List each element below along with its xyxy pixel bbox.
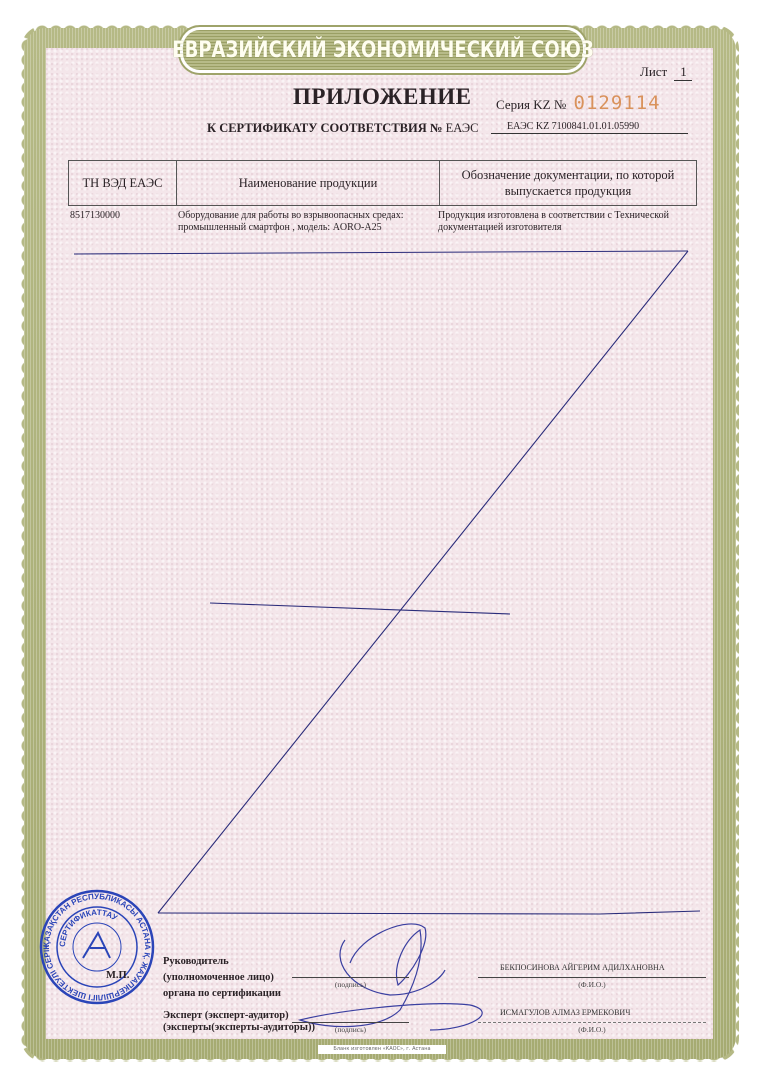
series-number: 0129114 [574,92,661,114]
column-header-product: Наименование продукции [177,161,440,205]
sheet-number: 1 [674,64,692,81]
column-header-code: ТН ВЭД ЕАЭС [69,161,177,205]
cert-label: К СЕРТИФИКАТУ СООТВЕТСТВИЯ № [207,121,442,135]
expert-fio-line [478,1022,706,1023]
table-header: ТН ВЭД ЕАЭС Наименование продукции Обозн… [68,160,697,206]
cell-product: Оборудование для работы во взрывоопасных… [178,210,438,234]
certification-stamp: ҚАЗАҚСТАН РЕСПУБЛИКАСЫ АСТАНА Қ. ЖАУАПКЕ… [38,888,156,1006]
expert-label-line-1: Эксперт (эксперт-аудитор) [163,1010,315,1022]
head-label-line-1: Руководитель [163,954,281,970]
expert-signature-caption: (подпись) [292,1025,409,1034]
expert-signature-line [292,1022,409,1023]
table-row: 8517130000 Оборудование для работы во вз… [70,210,695,234]
expert-name: ИСМАГУЛОВ АЛМАЗ ЕРМЕКОВИЧ [500,1008,630,1017]
printer-note: Бланк изготовлен «КАОС», г. Астана [318,1045,446,1054]
head-fio-line [478,977,706,978]
head-signature-caption: (подпись) [292,980,409,989]
head-signature-label: Руководитель (уполномоченное лицо) орган… [163,954,281,1002]
column-header-documentation: Обозначение документации, по которой вып… [440,161,696,205]
series-label: Серия KZ № [496,97,566,112]
sheet-indicator: Лист 1 [640,64,692,81]
certificate-number: ЕАЭС KZ 7100841.01.01.05990 [491,121,688,134]
head-fio-caption: (Ф.И.О.) [478,980,706,989]
head-signature-line [292,977,409,978]
header-banner: ЕВРАЗИЙСКИЙ ЭКОНОМИЧЕСКИЙ СОЮЗ [180,27,586,73]
cell-code: 8517130000 [70,210,178,234]
banner-title: ЕВРАЗИЙСКИЙ ЭКОНОМИЧЕСКИЙ СОЮЗ [172,38,593,63]
cell-documentation: Продукция изготовлена в соответствии с Т… [438,210,695,234]
document-title: ПРИЛОЖЕНИЕ [293,84,472,110]
head-name: БЕКПОСИНОВА АЙГЕРИМ АДИЛХАНОВНА [500,963,665,972]
head-label-line-3: органа по сертификации [163,986,281,1002]
stamp-place-label: М.П. [106,970,129,981]
sheet-label: Лист [640,64,667,79]
cert-label-suffix: ЕАЭС [446,121,479,135]
head-label-line-2: (уполномоченное лицо) [163,970,281,986]
series-block: Серия KZ № 0129114 [496,92,661,114]
certificate-reference: К СЕРТИФИКАТУ СООТВЕТСТВИЯ № ЕАЭС [207,121,479,136]
expert-fio-caption: (Ф.И.О.) [478,1025,706,1034]
